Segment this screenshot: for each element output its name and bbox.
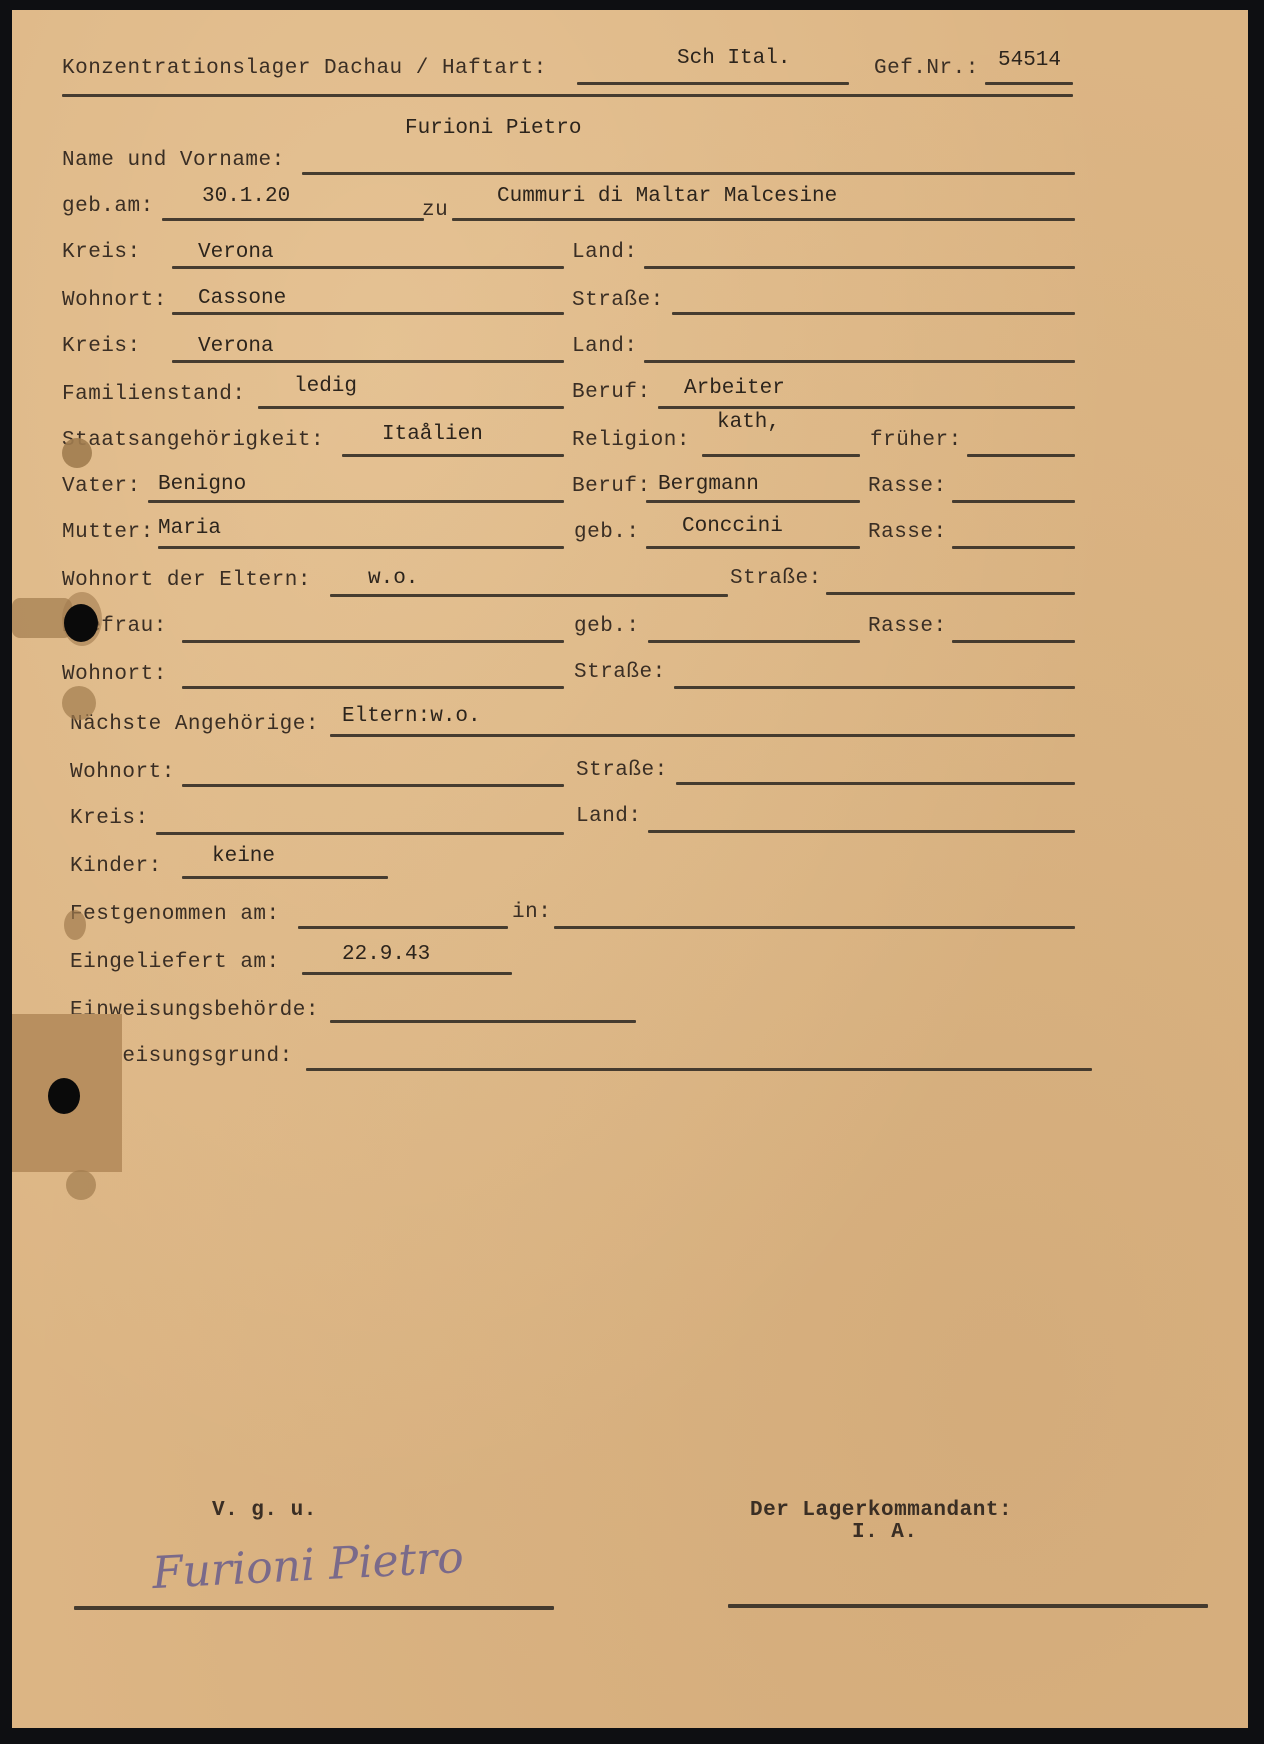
wohnort-eltern-underline (330, 594, 728, 597)
ia-label: I. A. (852, 1522, 918, 1543)
naechste-angehoerige-label: Nächste Angehörige: (70, 714, 319, 735)
kreis-2-label: Kreis: (62, 336, 141, 357)
land-1-label: Land: (572, 242, 638, 263)
vater-label: Vater: (62, 476, 141, 497)
hole-stain-2 (62, 686, 96, 720)
mutter-rasse-label: Rasse: (868, 522, 947, 543)
wohnort-ehefrau-underline (182, 686, 564, 689)
frueher-underline (967, 454, 1075, 457)
prisoner-signature: Furioni Pietro (151, 1532, 465, 1599)
einweisungsgrund-underline (306, 1068, 1092, 1071)
staatsangehoerigkeit-value: Itaålien (382, 424, 483, 445)
beruf-underline (658, 406, 1075, 409)
haftart-value: Sch Ital. (677, 48, 790, 69)
strasse-angeh-label: Straße: (576, 760, 668, 781)
kreis-2-value: Verona (198, 336, 274, 357)
wohnort-value: Cassone (198, 288, 286, 309)
vgu-label: V. g. u. (212, 1500, 317, 1521)
religion-label: Religion: (572, 430, 690, 451)
mutter-geb-label: geb.: (574, 522, 640, 543)
land-2-label: Land: (572, 336, 638, 357)
punch-hole-bottom (48, 1078, 80, 1114)
ehefrau-geb-label: geb.: (574, 616, 640, 637)
einweisungsbehoerde-underline (330, 1020, 636, 1023)
strasse-angeh-underline (676, 782, 1075, 785)
stain-mark-2 (64, 910, 86, 940)
familienstand-value: ledig (294, 376, 357, 397)
naechste-angehoerige-value: Eltern:w.o. (342, 706, 481, 727)
registration-card: Konzentrationslager Dachau / Haftart: Sc… (12, 10, 1248, 1728)
signature-line-left (74, 1606, 554, 1610)
mutter-geb-underline (646, 546, 860, 549)
prisoner-number-value: 54514 (998, 50, 1061, 71)
birth-date-label: geb.am: (62, 196, 154, 217)
kreis-1-label: Kreis: (62, 242, 141, 263)
prisoner-number-label: Gef.Nr.: (874, 58, 979, 79)
religion-underline (702, 454, 860, 457)
header-divider (62, 94, 1073, 97)
wohnort-ehefrau-label: Wohnort: (62, 664, 167, 685)
staatsangehoerigkeit-label: Staatsangehörigkeit: (62, 430, 324, 451)
strasse-eltern-underline (826, 592, 1075, 595)
familienstand-label: Familienstand: (62, 384, 245, 405)
kreis-angeh-underline (156, 832, 564, 835)
familienstand-underline (258, 406, 564, 409)
wohnort-angeh-label: Wohnort: (70, 762, 175, 783)
wohnort-label: Wohnort: (62, 290, 167, 311)
signature-line-right (728, 1604, 1208, 1608)
religion-value: kath, (717, 412, 780, 433)
festgenommen-underline (298, 926, 508, 929)
beruf-label: Beruf: (572, 382, 651, 403)
camp-label: Konzentrationslager Dachau / Haftart: (62, 58, 547, 79)
birth-place-label: zu (422, 200, 448, 221)
name-value: Furioni Pietro (405, 118, 581, 139)
eingeliefert-underline (302, 972, 512, 975)
wohnort-underline (172, 312, 564, 315)
stain-mark (62, 438, 92, 468)
haftart-underline (577, 82, 849, 85)
commandant-label: Der Lagerkommandant: (750, 1500, 1012, 1521)
name-underline (302, 172, 1075, 175)
land-2-underline (644, 360, 1075, 363)
naechste-angehoerige-underline (330, 734, 1075, 737)
vater-rasse-underline (952, 500, 1075, 503)
vater-rasse-label: Rasse: (868, 476, 947, 497)
mutter-rasse-underline (952, 546, 1075, 549)
kinder-label: Kinder: (70, 856, 162, 877)
birth-place-value: Cummuri di Maltar Malcesine (497, 186, 837, 207)
land-angeh-label: Land: (576, 806, 642, 827)
eingeliefert-value: 22.9.43 (342, 944, 430, 965)
frueher-label: früher: (870, 430, 962, 451)
kreis-1-underline (172, 266, 564, 269)
eingeliefert-label: Eingeliefert am: (70, 952, 280, 973)
land-angeh-underline (648, 830, 1075, 833)
name-label: Name und Vorname: (62, 150, 285, 171)
ehefrau-rasse-underline (952, 640, 1075, 643)
kreis-1-value: Verona (198, 242, 274, 263)
punch-hole-top (64, 604, 98, 642)
festgenommen-in-underline (554, 926, 1075, 929)
land-1-underline (644, 266, 1075, 269)
prisoner-number-underline (985, 82, 1073, 85)
vater-beruf-underline (646, 500, 860, 503)
strasse-eltern-label: Straße: (730, 568, 822, 589)
kreis-angeh-label: Kreis: (70, 808, 149, 829)
vater-value: Benigno (158, 474, 246, 495)
strasse-1-underline (672, 312, 1075, 315)
vater-underline (148, 500, 564, 503)
stain-mark-3 (66, 1170, 96, 1200)
kinder-underline (182, 876, 388, 879)
festgenommen-in-label: in: (512, 902, 551, 923)
wohnort-eltern-value: w.o. (368, 568, 418, 589)
wohnort-angeh-underline (182, 784, 564, 787)
ehefrau-rasse-label: Rasse: (868, 616, 947, 637)
strasse-ehefrau-label: Straße: (574, 662, 666, 683)
birth-date-value: 30.1.20 (202, 186, 290, 207)
vater-beruf-value: Bergmann (658, 474, 759, 495)
kinder-value: keine (212, 846, 275, 867)
wohnort-eltern-label: Wohnort der Eltern: (62, 570, 311, 591)
vater-beruf-label: Beruf: (572, 476, 651, 497)
mutter-underline (158, 546, 564, 549)
mutter-label: Mutter: (62, 522, 154, 543)
mutter-geb-value: Conccini (682, 516, 783, 537)
strasse-ehefrau-underline (674, 686, 1075, 689)
kreis-2-underline (172, 360, 564, 363)
birth-place-underline (452, 218, 1075, 221)
staatsangehoerigkeit-underline (342, 454, 564, 457)
ehefrau-underline (182, 640, 564, 643)
festgenommen-label: Festgenommen am: (70, 904, 280, 925)
birth-date-underline (162, 218, 424, 221)
strasse-1-label: Straße: (572, 290, 664, 311)
mutter-value: Maria (158, 518, 221, 539)
beruf-value: Arbeiter (684, 378, 785, 399)
ehefrau-geb-underline (648, 640, 860, 643)
